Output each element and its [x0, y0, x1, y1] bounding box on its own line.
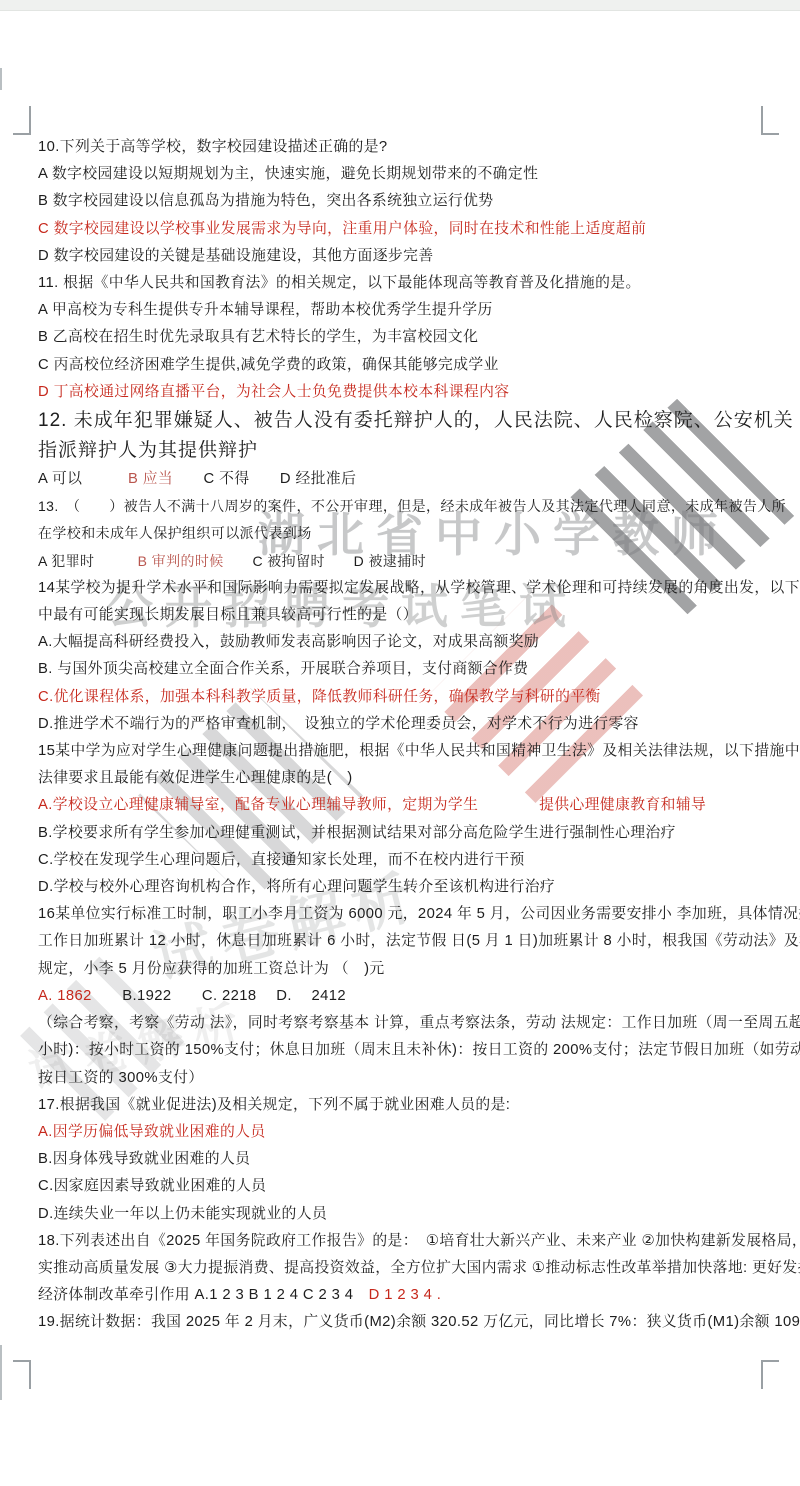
text-line: 14某学校为提升学术水平和国际影响力需要拟定发展战略，从学校管理、学术伦理和可持… — [38, 575, 800, 602]
text-segment: 规定，小李 5 月份应获得的加班工资总计为 （ )元 — [38, 961, 385, 977]
text-segment: 15某中学为应对学生心理健康问题提出措施肥，根据《中华人民共和国精神卫生法》及相… — [38, 743, 800, 759]
text-segment: 小时)：按小时工资的 150%支付；休息日加班（周末且未补休)：按日工资的 20… — [38, 1042, 800, 1058]
margin-crop-mark-bottom-right — [761, 1360, 779, 1389]
text-segment: A 犯罪时 — [38, 553, 138, 569]
margin-crop-mark-bottom-left — [13, 1360, 31, 1389]
text-line: D 数字校园建设的关键是基础设施建设，其他方面逐步完善 — [38, 243, 800, 270]
margin-crop-mark-top-left — [13, 106, 31, 135]
text-segment: A 可以 — [38, 471, 128, 487]
text-line: C 数字校园建设以学校事业发展需求为导向，注重用户体验，同时在技术和性能上适度超… — [38, 216, 800, 243]
text-segment: 指派辩护人为其提供辩护 — [38, 440, 258, 461]
text-segment: 实推动高质量发展 ③大力提振消费、提高投资效益，全方位扩大国内需求 ①推动标志性… — [38, 1260, 800, 1276]
text-segment: A.大幅提高科研经费投入，鼓励教师发表高影响因子论文，对成果高额奖励 — [38, 634, 539, 650]
text-segment: A.学校设立心理健康辅导室，配备专业心理辅导教师，定期为学生 提供心理健康教育和… — [38, 797, 706, 813]
text-line: 10.下列关于高等学校，数字校园建设描述正确的是? — [38, 134, 800, 161]
margin-crop-mark-top-right — [761, 106, 779, 135]
text-segment: B.学校要求所有学生参加心理健重测试，并根据测试结果对部分高危险学生进行强制性心… — [38, 825, 676, 841]
text-segment: B 审判的时候 — [138, 553, 224, 569]
text-line: 按日工资的 300%支付） — [38, 1065, 800, 1092]
text-segment: D.推进学术不端行为的严格审查机制， 设独立的学术伦理委员会，对学术不行为进行零… — [38, 716, 639, 732]
text-segment: 经济体制改革牵引作用 A.1 2 3 B 1 2 4 C 2 3 4 — [38, 1287, 369, 1303]
text-segment: A. 1862 — [38, 988, 92, 1004]
text-segment: C.学校在发现学生心理问题后，直接通知家长处理，而不在校内进行干预 — [38, 852, 525, 868]
page-edge-artifact — [0, 68, 2, 90]
text-line: 16某单位实行标准工时制，职工小李月工资为 6000 元，2024 年 5 月，… — [38, 901, 800, 928]
text-segment: 12. 未成年犯罪嫌疑人、被告人没有委托辩护人的，人民法院、人民检察院、公安机关… — [38, 410, 800, 431]
page-top-strip — [0, 0, 800, 11]
text-segment: B 应当 — [128, 471, 173, 487]
text-segment: B.因身体残导致就业困难的人员 — [38, 1151, 250, 1167]
text-segment: 17.根据我国《就业促进法)及相关规定，下列不属于就业困难人员的是: — [38, 1097, 510, 1113]
text-segment: C 被拘留时 D 被逮捕时 — [224, 553, 426, 569]
text-line: 小时)：按小时工资的 150%支付；休息日加班（周末且未补休)：按日工资的 20… — [38, 1037, 800, 1064]
text-segment: B 乙高校在招生时优先录取具有艺术特长的学生，为丰富校园文化 — [38, 329, 478, 345]
text-segment: A 甲高校为专科生提供专升本辅导课程，帮助本校优秀学生提升学历 — [38, 302, 493, 318]
text-line: 法律要求且最能有效促进学生心理健康的是( ) — [38, 765, 800, 792]
text-segment: 13. （ ）被告人不满十八周岁的案件，不公开审理，但是，经未成年被告人及其法定… — [38, 498, 786, 514]
text-line: B.因身体残导致就业困难的人员 — [38, 1146, 800, 1173]
text-segment: 10.下列关于高等学校，数字校园建设描述正确的是? — [38, 139, 388, 155]
text-line: A 可以 B 应当 C 不得 D 经批准后 — [38, 466, 800, 493]
text-segment: C 数字校园建设以学校事业发展需求为导向，注重用户体验，同时在技术和性能上适度超… — [38, 221, 646, 237]
text-line: 11. 根据《中华人民共和国教育法》的相关规定，以下最能体现高等教育普及化措施的… — [38, 270, 800, 297]
exam-paper-page: { "colors":{ "red":"#c6281c", "red_soft"… — [0, 0, 800, 1486]
text-segment: 在学校和未成年人保护组织可以派代表到场 — [38, 525, 312, 541]
text-segment: （综合考察，考察《劳动 法》，同时考察考察基本 计算，重点考察法条，劳动 法规定… — [38, 1015, 800, 1031]
text-segment: D.学校与校外心理咨询机构合作，将所有心理问题学生转介至该机构进行治疗 — [38, 879, 555, 895]
text-line: B. 与国外顶尖高校建立全面合作关系，开展联合养项目，支付商额合作费 — [38, 656, 800, 683]
text-segment: B 数字校园建设以信息孤岛为措施为特色，突出各系统独立运行优势 — [38, 193, 494, 209]
text-segment: 16某单位实行标准工时制，职工小李月工资为 6000 元，2024 年 5 月，… — [38, 906, 800, 922]
text-line: 工作日加班累计 12 小时，休息日加班累计 6 小时，法定节假 日(5 月 1 … — [38, 928, 800, 955]
text-line: （综合考察，考察《劳动 法》，同时考察考察基本 计算，重点考察法条，劳动 法规定… — [38, 1010, 800, 1037]
text-line: 17.根据我国《就业促进法)及相关规定，下列不属于就业困难人员的是: — [38, 1092, 800, 1119]
text-segment: 法律要求且最能有效促进学生心理健康的是( ) — [38, 770, 353, 786]
text-line: 12. 未成年犯罪嫌疑人、被告人没有委托辩护人的，人民法院、人民检察院、公安机关… — [38, 406, 800, 436]
text-line: A 甲高校为专科生提供专升本辅导课程，帮助本校优秀学生提升学历 — [38, 297, 800, 324]
text-line: 18.下列表述出自《2025 年国务院政府工作报告》的是： ①培育壮大新兴产业、… — [38, 1228, 800, 1255]
text-line: B 数字校园建设以信息孤岛为措施为特色，突出各系统独立运行优势 — [38, 188, 800, 215]
text-segment: A.因学历偏低导致就业困难的人员 — [38, 1124, 266, 1140]
text-line: 规定，小李 5 月份应获得的加班工资总计为 （ )元 — [38, 956, 800, 983]
text-segment: D 1 2 3 4 . — [369, 1287, 442, 1303]
text-segment: 11. 根据《中华人民共和国教育法》的相关规定，以下最能体现高等教育普及化措施的… — [38, 275, 641, 291]
text-segment: 工作日加班累计 12 小时，休息日加班累计 6 小时，法定节假 日(5 月 1 … — [38, 933, 800, 949]
text-segment: 18.下列表述出自《2025 年国务院政府工作报告》的是： ①培育壮大新兴产业、… — [38, 1233, 800, 1249]
text-segment: A 数字校园建设以短期规划为主，快速实施，避免长期规划带来的不确定性 — [38, 166, 538, 182]
question-lines: 10.下列关于高等学校，数字校园建设描述正确的是?A 数字校园建设以短期规划为主… — [38, 134, 800, 1337]
text-line: C.学校在发现学生心理问题后，直接通知家长处理，而不在校内进行干预 — [38, 847, 800, 874]
text-segment: C 丙高校位经济困难学生提供,减免学费的政策，确保其能够完成学业 — [38, 357, 499, 373]
text-line: 13. （ ）被告人不满十八周岁的案件，不公开审理，但是，经未成年被告人及其法定… — [38, 493, 800, 520]
text-line: C.因家庭因素导致就业困难的人员 — [38, 1173, 800, 1200]
text-segment: C.优化课程体系，加强本科科教学质量，降低教师科研任务，确保教学与科研的平衡 — [38, 689, 601, 705]
text-line: 15某中学为应对学生心理健康问题提出措施肥，根据《中华人民共和国精神卫生法》及相… — [38, 738, 800, 765]
text-segment: 按日工资的 300%支付） — [38, 1070, 204, 1086]
text-segment: 19.据统计数据：我国 2025 年 2 月末，广义货币(M2)余额 320.5… — [38, 1314, 800, 1330]
text-line: D 丁高校通过网络直播平台，为社会人士负免费提供本校本科课程内容 — [38, 379, 800, 406]
text-segment: 14某学校为提升学术水平和国际影响力需要拟定发展战略，从学校管理、学术伦理和可持… — [38, 580, 800, 596]
text-line: A. 1862 B.1922 C. 2218 D. 2412 — [38, 983, 800, 1010]
text-segment: C.因家庭因素导致就业困难的人员 — [38, 1178, 266, 1194]
text-line: D.学校与校外心理咨询机构合作，将所有心理问题学生转介至该机构进行治疗 — [38, 874, 800, 901]
text-line: 19.据统计数据：我国 2025 年 2 月末，广义货币(M2)余额 320.5… — [38, 1309, 800, 1336]
text-line: D.推进学术不端行为的严格审查机制， 设独立的学术伦理委员会，对学术不行为进行零… — [38, 711, 800, 738]
text-line: B.学校要求所有学生参加心理健重测试，并根据测试结果对部分高危险学生进行强制性心… — [38, 820, 800, 847]
text-line: A.大幅提高科研经费投入，鼓励教师发表高影响因子论文，对成果高额奖励 — [38, 629, 800, 656]
text-line: 在学校和未成年人保护组织可以派代表到场 — [38, 520, 800, 547]
text-segment: D 丁高校通过网络直播平台，为社会人士负免费提供本校本科课程内容 — [38, 384, 510, 400]
text-line: 指派辩护人为其提供辩护 — [38, 436, 800, 466]
text-line: D.连续失业一年以上仍未能实现就业的人员 — [38, 1201, 800, 1228]
text-line: A.学校设立心理健康辅导室，配备专业心理辅导教师，定期为学生 提供心理健康教育和… — [38, 792, 800, 819]
text-segment: B.1922 C. 2218 D. 2412 — [92, 988, 346, 1004]
text-line: 经济体制改革牵引作用 A.1 2 3 B 1 2 4 C 2 3 4 D 1 2… — [38, 1282, 800, 1309]
text-line: C.优化课程体系，加强本科科教学质量，降低教师科研任务，确保教学与科研的平衡 — [38, 684, 800, 711]
text-line: A 犯罪时 B 审判的时候 C 被拘留时 D 被逮捕时 — [38, 548, 800, 575]
text-line: A 数字校园建设以短期规划为主，快速实施，避免长期规划带来的不确定性 — [38, 161, 800, 188]
text-segment: D.连续失业一年以上仍未能实现就业的人员 — [38, 1206, 327, 1222]
page-edge-artifact — [0, 1345, 2, 1400]
text-line: B 乙高校在招生时优先录取具有艺术特长的学生，为丰富校园文化 — [38, 324, 800, 351]
text-line: 实推动高质量发展 ③大力提振消费、提高投资效益，全方位扩大国内需求 ①推动标志性… — [38, 1255, 800, 1282]
text-segment: C 不得 D 经批准后 — [173, 471, 356, 487]
text-line: 中最有可能实现长期发展目标且兼具较高可行性的是（） — [38, 602, 800, 629]
text-segment: B. 与国外顶尖高校建立全面合作关系，开展联合养项目，支付商额合作费 — [38, 661, 528, 677]
text-segment: D 数字校园建设的关键是基础设施建设，其他方面逐步完善 — [38, 248, 434, 264]
text-line: A.因学历偏低导致就业困难的人员 — [38, 1119, 800, 1146]
text-line: C 丙高校位经济困难学生提供,减免学费的政策，确保其能够完成学业 — [38, 352, 800, 379]
text-segment: 中最有可能实现长期发展目标且兼具较高可行性的是（） — [38, 607, 418, 623]
